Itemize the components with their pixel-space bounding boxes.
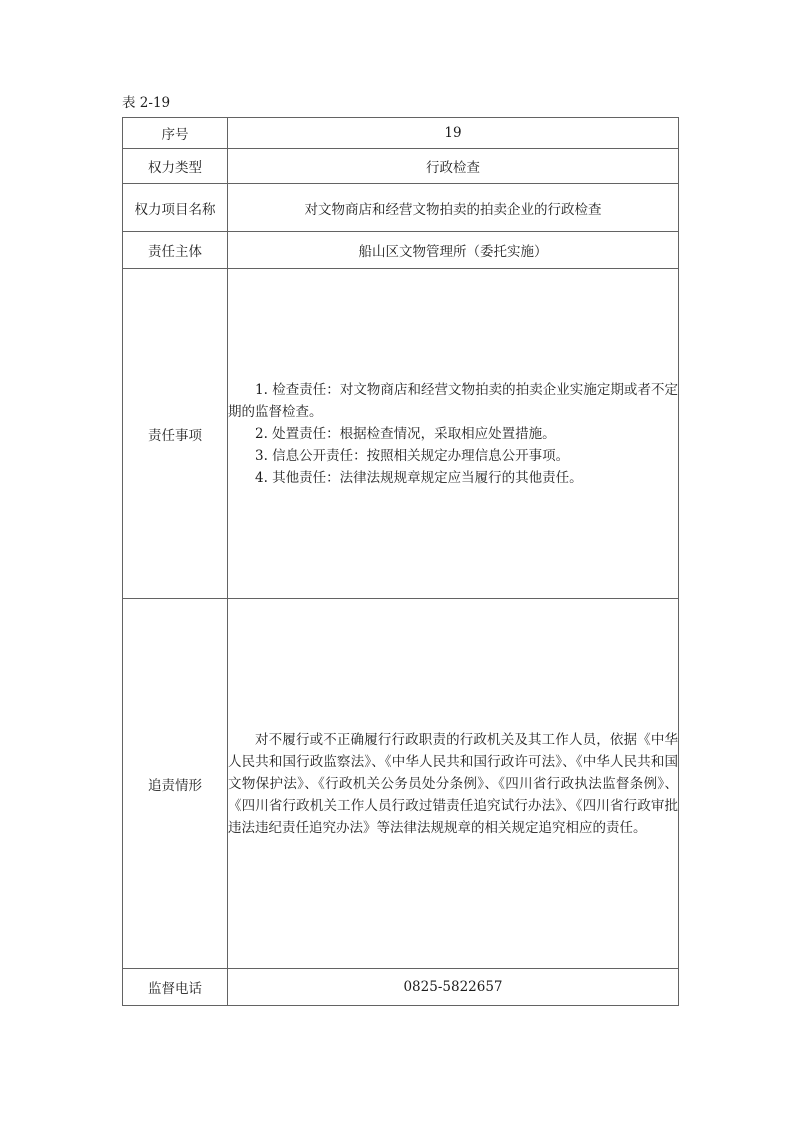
row-label: 责任主体 <box>123 232 228 269</box>
row-label: 权力项目名称 <box>123 184 228 232</box>
row-value: 行政检查 <box>228 149 679 184</box>
row-responsible-entity: 责任主体 船山区文物管理所（委托实施） <box>123 232 679 269</box>
document-page: { "caption": "表 2-19", "colors": { "bord… <box>0 0 793 1122</box>
row-value: 船山区文物管理所（委托实施） <box>228 232 679 269</box>
row-power-item-name: 权力项目名称 对文物商店和经营文物拍卖的拍卖企业的行政检查 <box>123 184 679 232</box>
power-duty-table: 序号 19 权力类型 行政检查 权力项目名称 对文物商店和经营文物拍卖的拍卖企业… <box>122 117 679 1006</box>
row-serial-number: 序号 19 <box>123 118 679 149</box>
row-accountability-situations: 追责情形 对不履行或不正确履行行政职责的行政机关及其工作人员，依据《中华人民共和… <box>123 599 679 969</box>
responsibility-item-2: 2. 处置责任：根据检查情况，采取相应处置措施。 <box>228 423 678 445</box>
row-power-type: 权力类型 行政检查 <box>123 149 679 184</box>
row-value: 19 <box>228 118 679 149</box>
responsibility-item-1: 1. 检查责任：对文物商店和经营文物拍卖的拍卖企业实施定期或者不定期的监督检查。 <box>228 379 678 423</box>
table-caption: 表 2-19 <box>122 95 679 111</box>
row-label: 责任事项 <box>123 269 228 599</box>
row-label: 追责情形 <box>123 599 228 969</box>
responsibility-item-4: 4. 其他责任：法律法规规章规定应当履行的其他责任。 <box>228 467 678 489</box>
document-body: 表 2-19 序号 19 权力类型 行政检查 权力项目名称 对文物商店和经营文物… <box>122 95 679 1006</box>
row-label: 权力类型 <box>123 149 228 184</box>
responsibility-item-3: 3. 信息公开责任：按照相关规定办理信息公开事项。 <box>228 445 678 467</box>
row-value: 对文物商店和经营文物拍卖的拍卖企业的行政检查 <box>228 184 679 232</box>
accountability-paragraph-cell: 对不履行或不正确履行行政职责的行政机关及其工作人员，依据《中华人民共和国行政监察… <box>228 599 679 969</box>
row-supervision-phone: 监督电话 0825-5822657 <box>123 969 679 1006</box>
row-label: 序号 <box>123 118 228 149</box>
responsibility-items-cell: 1. 检查责任：对文物商店和经营文物拍卖的拍卖企业实施定期或者不定期的监督检查。… <box>228 269 679 599</box>
row-label: 监督电话 <box>123 969 228 1006</box>
row-responsibility-items: 责任事项 1. 检查责任：对文物商店和经营文物拍卖的拍卖企业实施定期或者不定期的… <box>123 269 679 599</box>
supervision-phone-value: 0825-5822657 <box>228 969 679 1006</box>
accountability-paragraph: 对不履行或不正确履行行政职责的行政机关及其工作人员，依据《中华人民共和国行政监察… <box>228 729 678 839</box>
